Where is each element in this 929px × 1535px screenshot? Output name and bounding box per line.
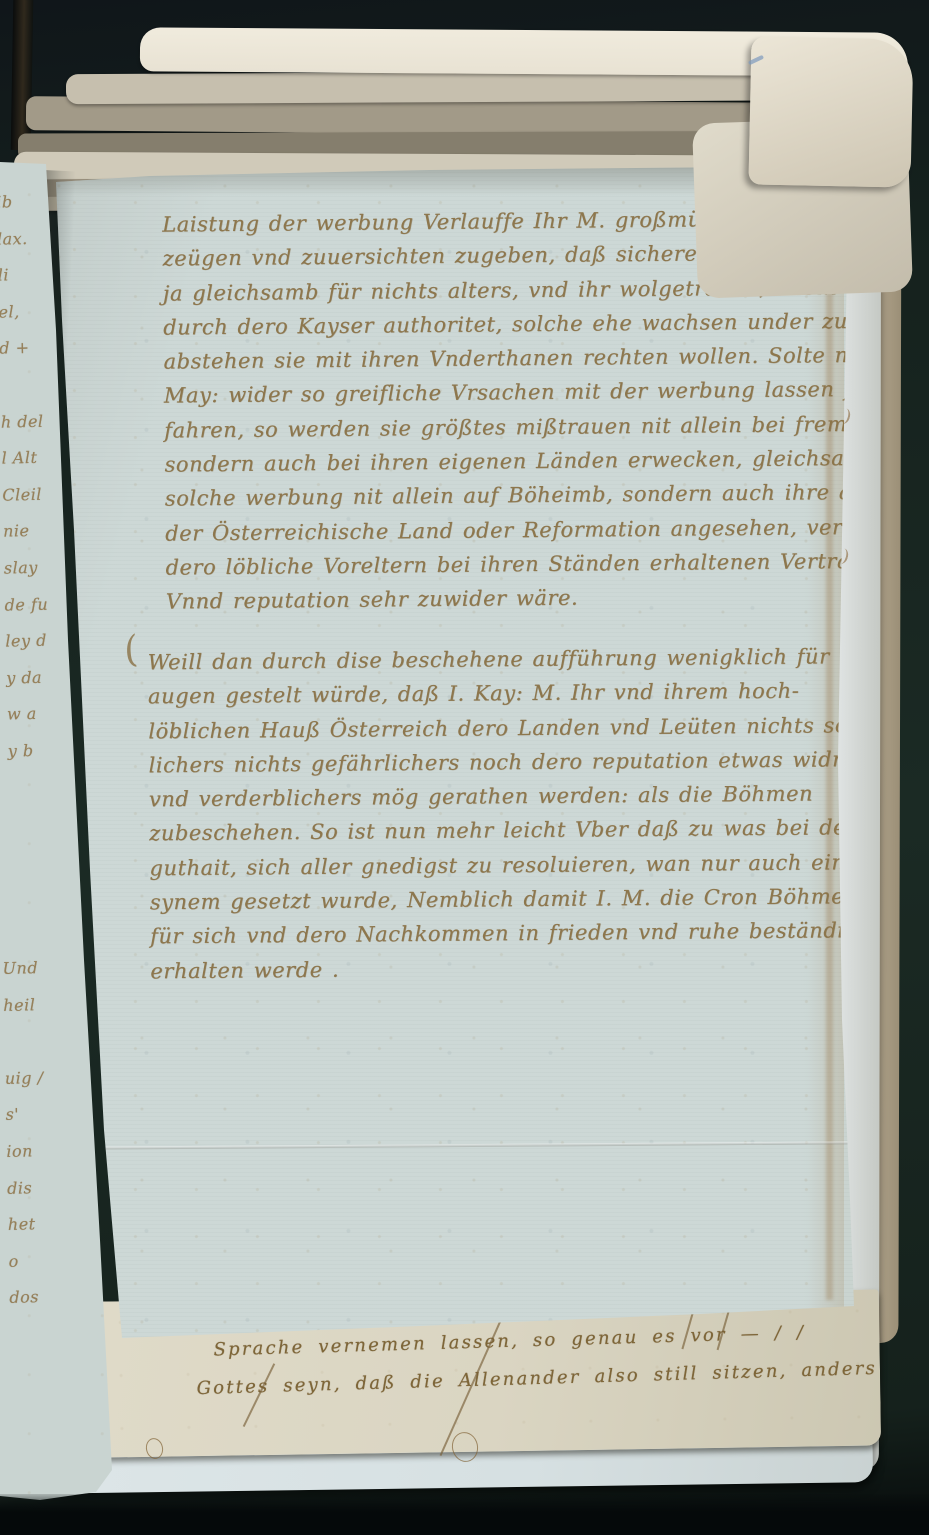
horizontal-crease	[72, 1141, 862, 1150]
fragment-line: dis	[7, 1169, 94, 1207]
handwritten-line: für sich vnd dero Nachkommen in frieden …	[150, 913, 918, 954]
fragment-line	[0, 366, 58, 404]
bottom-shadow-band	[0, 1494, 929, 1535]
handwritten-line: Weill dan durch dise beschehene aufführu…	[148, 639, 916, 680]
fragment-line: de fu	[4, 586, 63, 624]
fragment-line: Cleil	[2, 476, 61, 514]
fragment-line: o	[8, 1242, 95, 1280]
fragment-line: ley d	[5, 622, 64, 660]
fragment-line: lax.	[0, 220, 55, 258]
fragment-line: ion	[6, 1132, 93, 1170]
fragment-line: li	[0, 257, 56, 295]
fragment-line: h del	[0, 403, 59, 441]
handwritten-line: erhalten werde .	[150, 947, 918, 988]
fragment-line: ib	[0, 183, 55, 221]
archival-manuscript-photo: Sprache vernemen lassen, so genau es vor…	[0, 0, 929, 1535]
fragment-line: el,	[0, 293, 57, 331]
fragment-line: uig /	[4, 1059, 91, 1097]
fragment-line: dos	[9, 1278, 96, 1316]
fragment-line: slay	[4, 549, 63, 587]
fragment-line	[4, 1022, 91, 1060]
fragment-line: d +	[0, 330, 58, 368]
fragment-line: s'	[5, 1095, 92, 1133]
fragment-line: Und	[2, 949, 89, 987]
fragment-line: l Alt	[1, 440, 60, 478]
facing-page-fragments-lower: Undheil uig /s'iondishetodos	[2, 949, 96, 1317]
corner-flap	[748, 36, 913, 187]
fragment-line: y b	[7, 732, 66, 770]
fragment-line: w a	[7, 696, 66, 734]
fragment-line: y da	[6, 659, 65, 697]
paragraph-2: Weill dan durch dise beschehene aufführu…	[148, 639, 918, 989]
handwritten-line: Vnnd reputation sehr zuwider wäre.	[166, 578, 915, 619]
fragment-line: heil	[3, 986, 90, 1024]
fragment-line: nie	[3, 513, 62, 551]
marginal-mark: (	[119, 629, 143, 672]
fragment-line: het	[8, 1205, 95, 1243]
